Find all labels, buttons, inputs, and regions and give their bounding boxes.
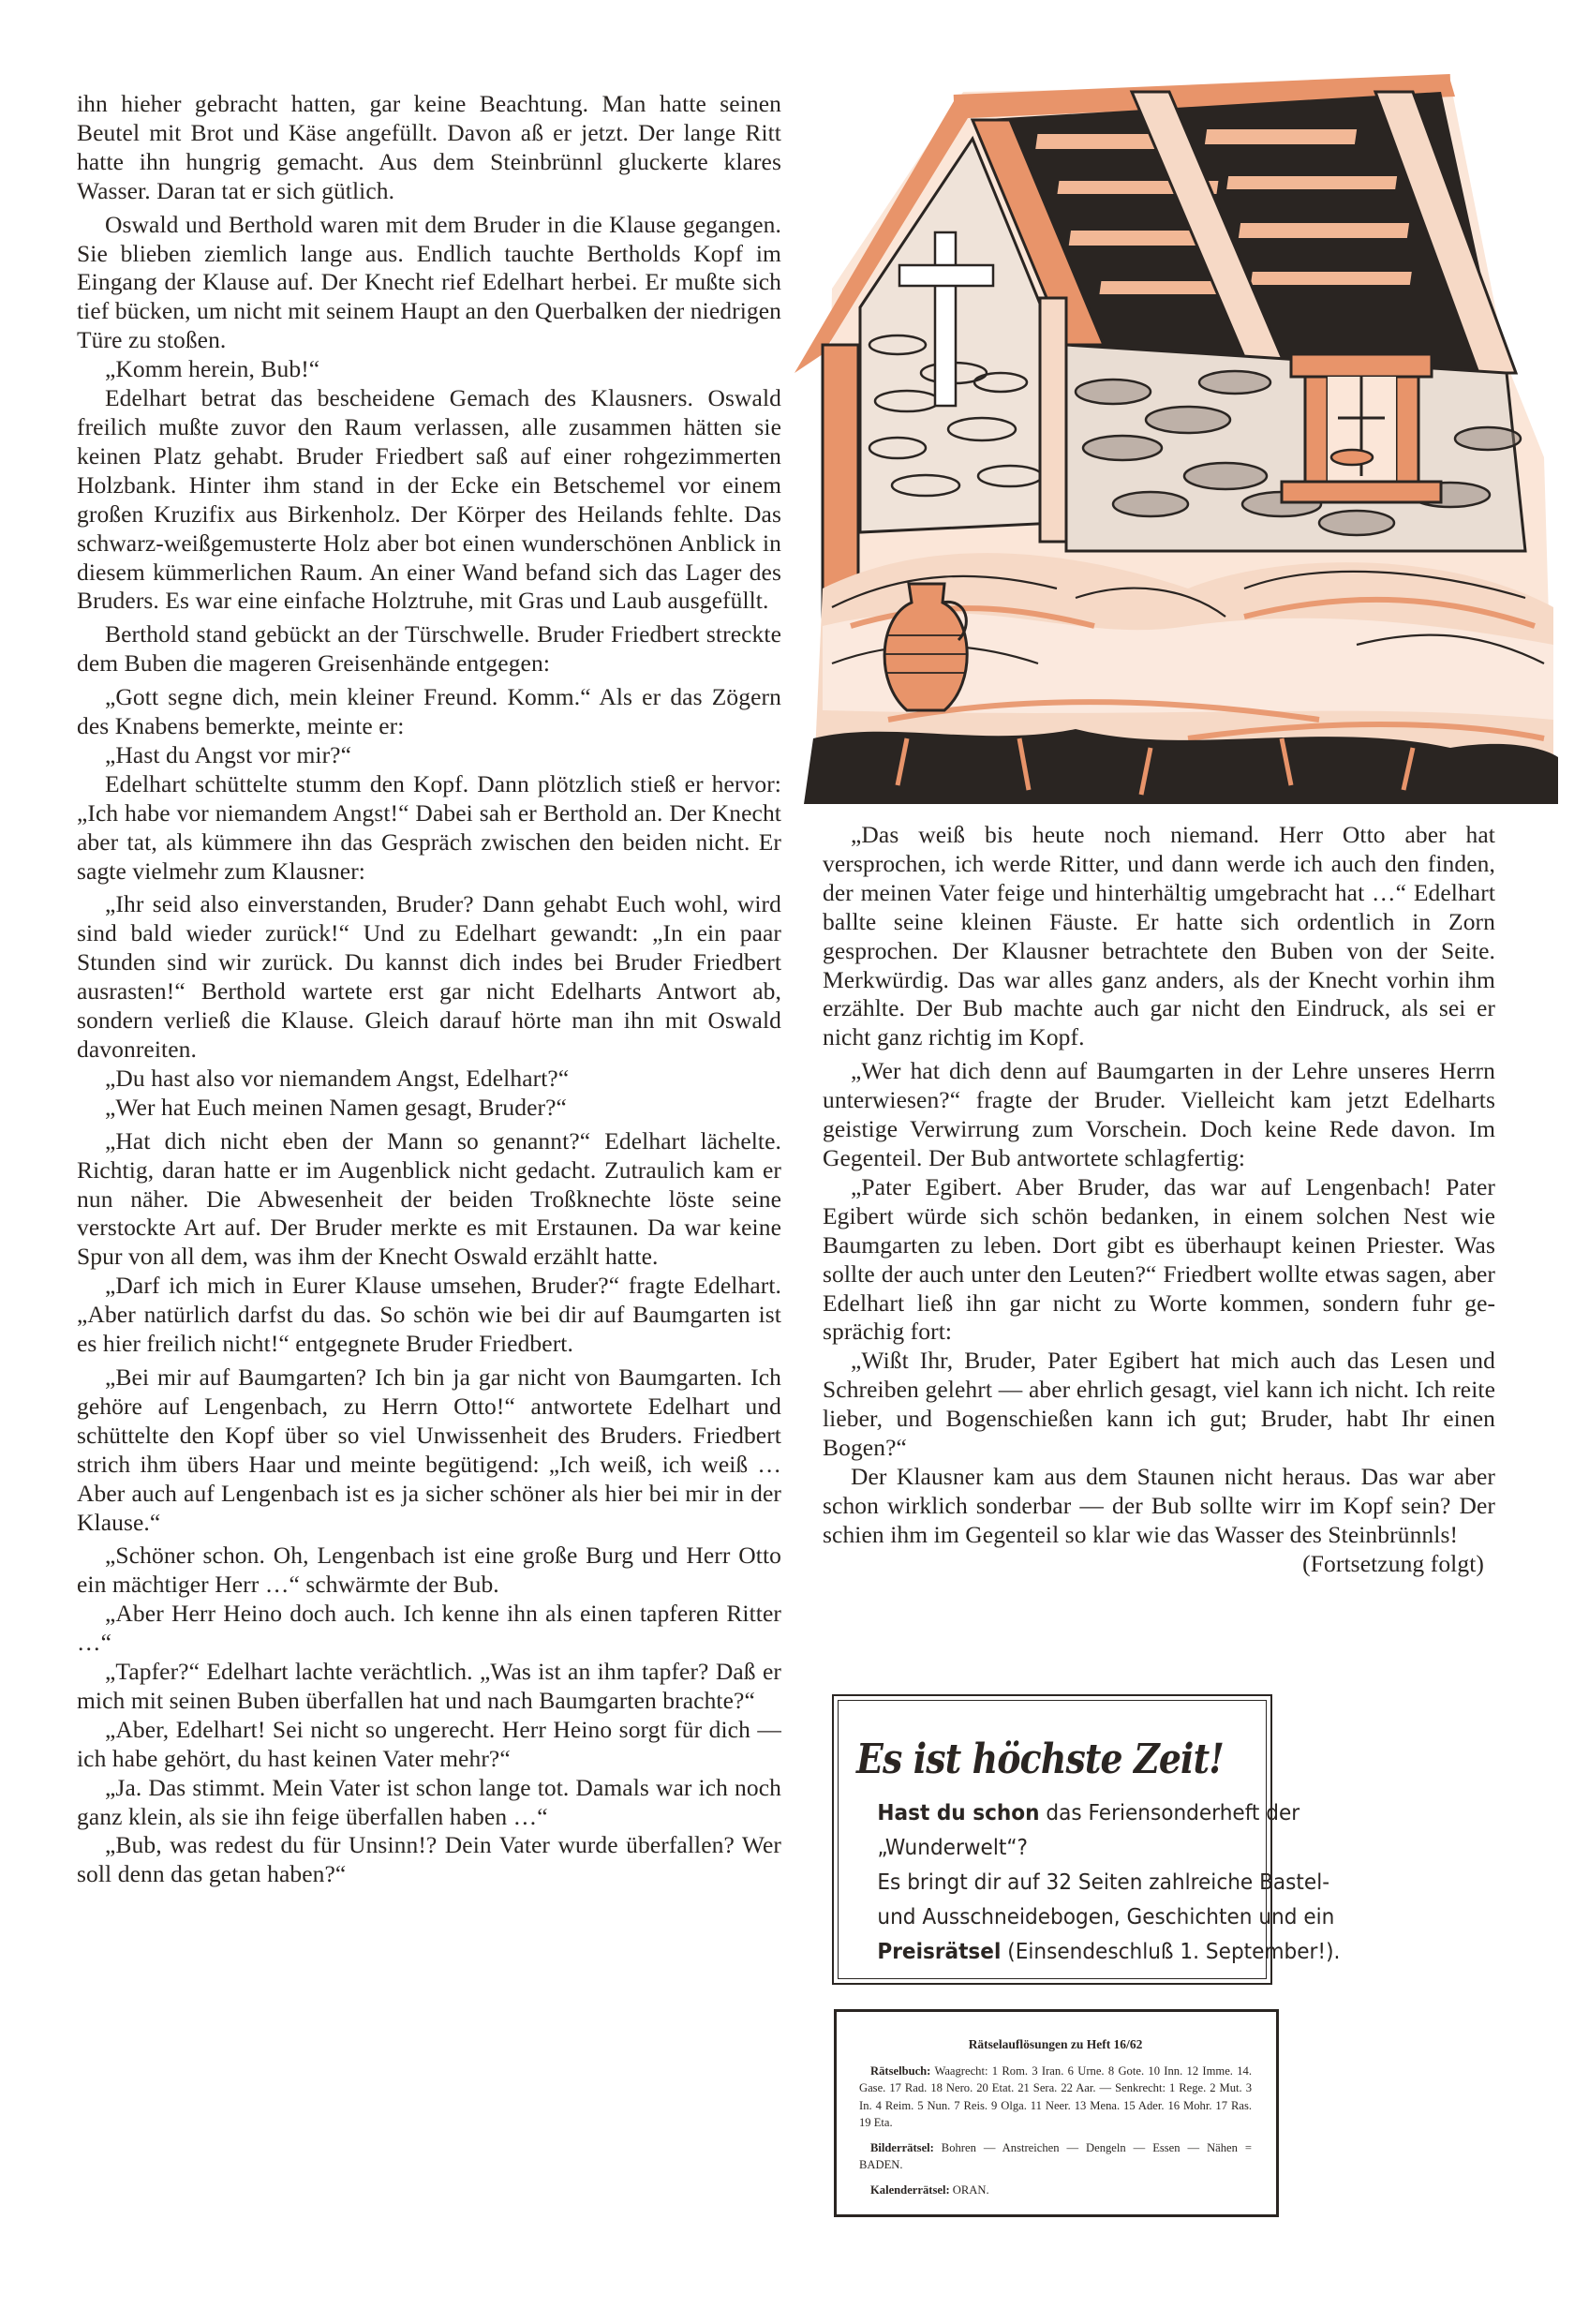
paragraph: „Wer hat Euch meinen Namen gesagt, Brude… [77, 1094, 781, 1123]
right-text-column: „Das weiß bis heute noch niemand. Herr O… [823, 821, 1495, 1579]
paragraph: „Tapfer?“ Edelhart lachte verächtlich. „… [77, 1658, 781, 1716]
paragraph: „Ihr seid also einverstanden, Bruder? Da… [77, 890, 781, 1064]
continuation-note: (Fortsetzung folgt) [823, 1550, 1495, 1579]
paragraph: „Pater Egibert. Aber Bruder, das war auf… [823, 1173, 1495, 1347]
paragraph: „Wißt Ihr, Bruder, Pater Egibert hat mic… [823, 1347, 1495, 1463]
paragraph: „Du hast also vor niemandem Angst, Edelh… [77, 1065, 781, 1094]
illustration-drawing [794, 64, 1563, 804]
solution-text: ORAN. [950, 2183, 989, 2197]
ad-text: (Einsendeschluß 1. September!). [1001, 1938, 1340, 1964]
paragraph: „Gott segne dich, mein kleiner Freund. K… [77, 683, 781, 741]
paragraph: „Komm herein, Bub!“ [77, 355, 781, 384]
paragraph: „Bei mir auf Baumgarten? Ich bin ja gar … [77, 1363, 781, 1537]
paragraph: Oswald und Berthold waren mit dem Bruder… [77, 211, 781, 356]
ad-bold-text: Preisrätsel [877, 1938, 1001, 1964]
ad-line: Es bringt dir auf 32 Seiten zahlreiche B… [877, 1865, 1308, 1899]
puzzle-solutions-box: Rätselauflösungen zu Heft 16/62 Rätselbu… [834, 2009, 1279, 2217]
paragraph: ihn hieher gebracht hatten, gar keine Be… [77, 90, 781, 206]
paragraph: „Das weiß bis heute noch niemand. Herr O… [823, 821, 1495, 1052]
paragraph: Der Klausner kam aus dem Staunen nicht h… [823, 1463, 1495, 1550]
paragraph: Edelhart schüttelte stumm den Kopf. Dann… [77, 770, 781, 886]
paragraph: Berthold stand gebückt an der Türschwell… [77, 620, 781, 678]
solution-label: Rätselbuch: [870, 2064, 930, 2078]
ad-line: und Ausschneidebogen, Geschichten und ei… [877, 1899, 1308, 1934]
paragraph: „Darf ich mich in Eurer Klause umsehen, … [77, 1272, 781, 1359]
ad-box: Es ist höchste Zeit! Hast du schon das F… [836, 1698, 1270, 1981]
paragraph: „Aber Herr Heino doch auch. Ich kenne ih… [77, 1600, 781, 1658]
paragraph: „Bub, was redest du für Unsinn!? Dein Va… [77, 1831, 781, 1889]
ad-line: „Wunderwelt“? [877, 1830, 1308, 1865]
ad-line: Hast du schon das Feriensonderheft der [877, 1795, 1308, 1830]
paragraph: „Hat dich nicht eben der Mann so genannt… [77, 1127, 781, 1273]
left-text-column: ihn hieher gebracht hatten, gar keine Be… [77, 90, 781, 1889]
ad-text: das Feriensonderheft der [1040, 1799, 1300, 1825]
solution-label: Bilderrätsel: [870, 2141, 934, 2154]
solution-entry: Rätselbuch: Waagrecht: 1 Rom. 3 Iran. 6 … [859, 2063, 1252, 2132]
paragraph: „Hast du Angst vor mir?“ [77, 741, 781, 770]
paragraph: „Ja. Das stimmt. Mein Vater ist schon la… [77, 1774, 781, 1832]
ad-headline: Es ist höchste Zeit! [856, 1736, 1188, 1784]
solutions-title: Rätselauflösungen zu Heft 16/62 [859, 2036, 1252, 2054]
paragraph: „Wer hat dich denn auf Baumgarten in der… [823, 1057, 1495, 1173]
ad-line: Preisrätsel (Einsendeschluß 1. September… [877, 1934, 1308, 1969]
paragraph: „Aber, Edelhart! Sei nicht so ungerecht.… [77, 1716, 781, 1774]
paragraph: Edelhart betrat das bescheidene Gemach d… [77, 384, 781, 616]
solution-entry: Kalenderrätsel: ORAN. [859, 2182, 1252, 2199]
ad-body: Hast du schon das Feriensonderheft der „… [860, 1795, 1308, 1969]
paragraph: „Schöner schon. Oh, Lengenbach ist eine … [77, 1542, 781, 1600]
hermit-cell-illustration [794, 64, 1563, 804]
solution-label: Kalenderrätsel: [870, 2183, 950, 2197]
solution-entry: Bilderrätsel: Bohren — Anstreichen — Den… [859, 2139, 1252, 2174]
ad-bold-text: Hast du schon [877, 1799, 1039, 1825]
